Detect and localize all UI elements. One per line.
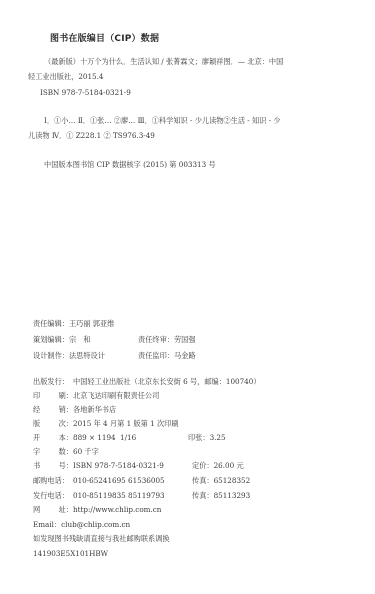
- email: Email：club@chlip.com.cn: [33, 520, 130, 530]
- responsible-editor-value: 王巧丽 郭亚维: [69, 319, 114, 328]
- book-no-label-b: 号：: [59, 461, 73, 471]
- website-label-b: 址：: [59, 505, 73, 515]
- mail-fax-value: 65128352: [214, 476, 251, 485]
- edition-value: 2015 年 4 月第 1 版第 1 次印刷: [73, 419, 179, 428]
- cip-classification-2: 儿读物 Ⅳ．① Z228.1 ② TS976.3-49: [28, 131, 155, 141]
- design-value: 法思特设计: [69, 351, 105, 360]
- dist-fax-value: 85113293: [214, 491, 251, 500]
- dist-fax-label: 传真：: [192, 491, 214, 500]
- website-label-a: 网: [33, 505, 40, 515]
- book-no-value: ISBN 978-7-5184-0321-9: [73, 461, 164, 470]
- word-count: 字数：60 千字: [33, 447, 99, 457]
- sheets-value: 3.25: [210, 433, 226, 442]
- format-value: 889 × 1194: [73, 433, 116, 442]
- cip-title: 图书在版编目（CIP）数据: [50, 31, 159, 44]
- email-label: Email：: [33, 520, 61, 529]
- printer: 印刷：北京飞达印刷有限责任公司: [33, 391, 159, 401]
- format: 开本：889 × 1194: [33, 433, 116, 443]
- printer-value: 北京飞达印刷有限责任公司: [73, 391, 159, 400]
- distributor: 经销：各地新华书店: [33, 405, 116, 415]
- planning-editor-label: 策划编辑：: [33, 335, 69, 344]
- responsible-editor: 责任编辑：王巧丽 郭亚维: [33, 319, 114, 329]
- sheets-label: 印张：: [188, 433, 210, 442]
- publisher-value: 中国轻工业出版社（北京东长安街 6 号，邮编：100740）: [73, 377, 261, 386]
- edition: 版次：2015 年 4 月第 1 版第 1 次印刷: [33, 419, 179, 429]
- design: 设计制作：法思特设计: [33, 351, 105, 361]
- format-fraction: 1/16: [120, 433, 136, 443]
- edition-label-b: 次：: [59, 419, 73, 429]
- print-supervisor-label: 责任监印：: [138, 351, 174, 360]
- book-no-label-a: 书: [33, 461, 40, 471]
- final-review: 责任终审：劳国强: [138, 335, 196, 345]
- print-supervisor-value: 马金路: [174, 351, 196, 360]
- print-supervisor: 责任监印：马金路: [138, 351, 196, 361]
- words-label-a: 字: [33, 447, 40, 457]
- words-label-b: 数：: [59, 447, 73, 457]
- cip-line-2: 轻工业出版社，2015.4: [28, 72, 103, 82]
- distributor-label-a: 经: [33, 405, 40, 415]
- book-number: 书号：ISBN 978-7-5184-0321-9: [33, 461, 164, 471]
- email-value: club@chlip.com.cn: [61, 520, 130, 529]
- mail-order-phone: 邮购电话：010-65241695 61536005: [33, 476, 165, 486]
- publisher-label: 出版发行：: [33, 377, 73, 387]
- mail-order-fax: 传真：65128352: [192, 476, 250, 486]
- responsible-editor-label: 责任编辑：: [33, 319, 69, 328]
- planning-editor: 策划编辑：宗 和: [33, 335, 91, 345]
- distribution-phone: 发行电话：010-85119835 85119793: [33, 491, 165, 501]
- cip-number: 中国版本图书馆 CIP 数据核字 (2015) 第 003313 号: [44, 160, 216, 170]
- planning-editor-value: 宗 和: [69, 335, 91, 344]
- website: 网址：http://www.chlip.com.cn: [33, 505, 161, 515]
- price-label: 定价：: [192, 461, 214, 470]
- sheets: 印张：3.25: [188, 433, 226, 443]
- dist-phone-label: 发行电话：: [33, 491, 73, 501]
- price-value: 26.00 元: [214, 461, 244, 470]
- mail-fax-label: 传真：: [192, 476, 214, 485]
- distribution-fax: 传真：85113293: [192, 491, 250, 501]
- mail-phone-value: 010-65241695 61536005: [73, 476, 165, 485]
- final-review-value: 劳国强: [174, 335, 196, 344]
- defect-notice: 如发现图书残缺请直接与我社邮购联系调换: [33, 534, 170, 544]
- print-code: 141903E5X101HBW: [33, 549, 108, 559]
- mail-phone-label: 邮购电话：: [33, 476, 73, 486]
- cip-isbn: ISBN 978-7-5184-0321-9: [40, 88, 131, 98]
- design-label: 设计制作：: [33, 351, 69, 360]
- words-value: 60 千字: [73, 447, 99, 456]
- format-label-a: 开: [33, 433, 40, 443]
- price: 定价：26.00 元: [192, 461, 244, 471]
- cip-classification-1: Ⅰ．①小… Ⅱ．①张… ②廖… Ⅲ．①科学知识 - 少儿读物②生活 - 知识 -…: [44, 116, 281, 126]
- edition-label-a: 版: [33, 419, 40, 429]
- dist-phone-value: 010-85119835 85119793: [73, 491, 165, 500]
- printer-label-a: 印: [33, 391, 40, 401]
- distributor-label-b: 销：: [59, 405, 73, 415]
- format-label-b: 本：: [59, 433, 73, 443]
- final-review-label: 责任终审：: [138, 335, 174, 344]
- cip-line-1: （最新版）十万个为什么．生活认知 / 张菁霖文；廖颖祥图．— 北京：中国: [44, 57, 283, 67]
- website-link: http://www.chlip.com.cn: [73, 505, 161, 514]
- distributor-value: 各地新华书店: [73, 405, 116, 414]
- printer-label-b: 刷：: [59, 391, 73, 401]
- publisher: 出版发行：中国轻工业出版社（北京东长安街 6 号，邮编：100740）: [33, 377, 261, 387]
